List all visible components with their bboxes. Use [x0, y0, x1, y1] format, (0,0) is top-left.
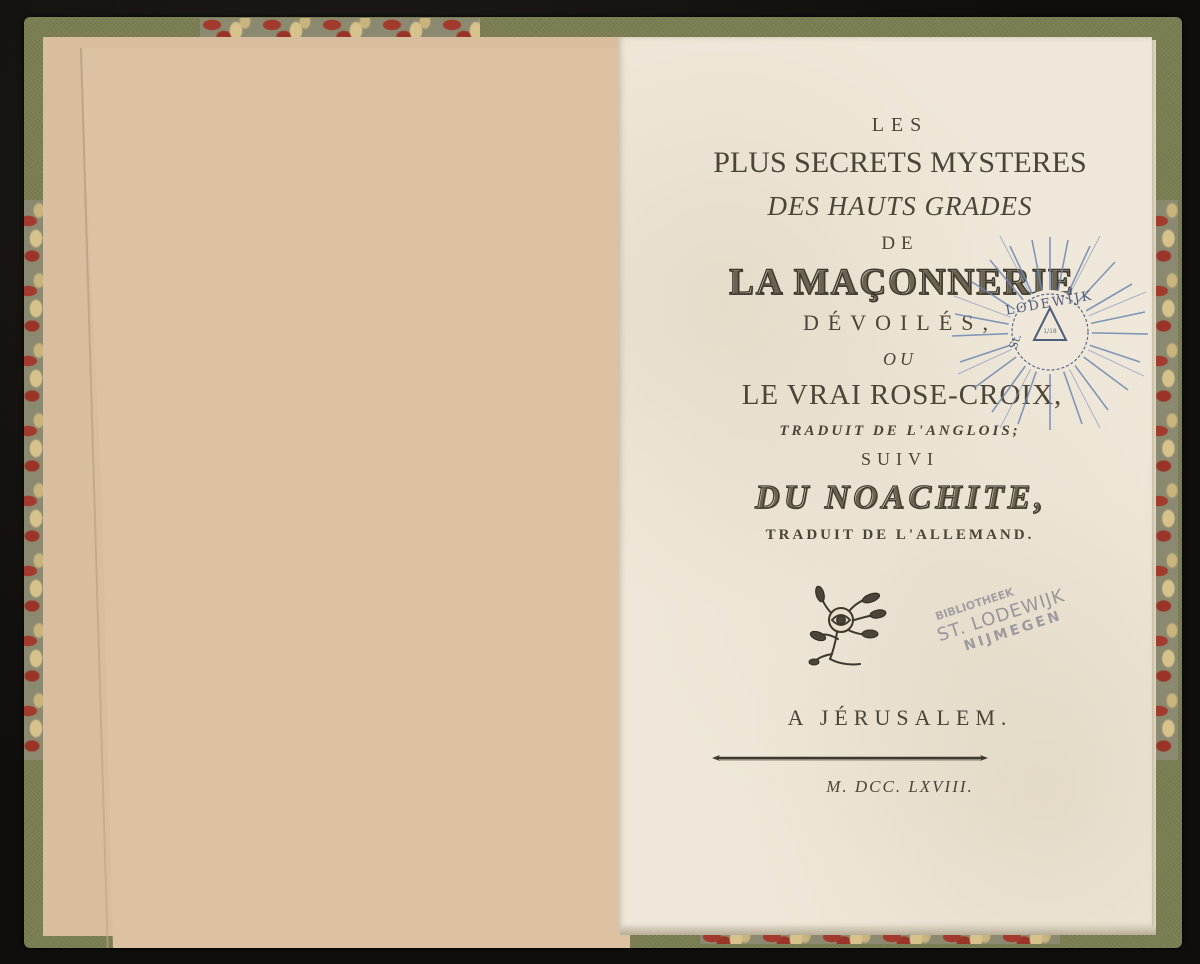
page-stack-bottom [620, 927, 1156, 935]
title-line-hauts-grades: DES HAUTS GRADES [618, 191, 1152, 222]
title-line-suivi: SUIVI [618, 449, 1152, 470]
left-flyleaf-page[interactable] [80, 48, 630, 948]
title-line-plus-secrets: PLUS SECRETS MYSTERES [618, 146, 1152, 180]
marbled-paper-left [24, 200, 44, 760]
flower-ornament-icon [808, 584, 888, 674]
title-line-les: LES [618, 114, 1152, 137]
title-line-noachite: DU NOACHITE, [618, 479, 1152, 517]
marbled-paper-right [1154, 200, 1178, 760]
svg-text:1/18: 1/18 [1043, 328, 1057, 335]
imprint-date: M. DCC. LXVIII. [618, 777, 1152, 797]
title-line-allemand: TRADUIT DE L'ALLEMAND. [618, 527, 1152, 544]
decorative-rule-icon [712, 755, 988, 761]
imprint-place: A JÉRUSALEM. [618, 705, 1152, 731]
marbled-paper-bottom [700, 934, 1060, 944]
star-ownership-stamp-icon: 1/18 LODEWIJK St. [950, 232, 1150, 432]
